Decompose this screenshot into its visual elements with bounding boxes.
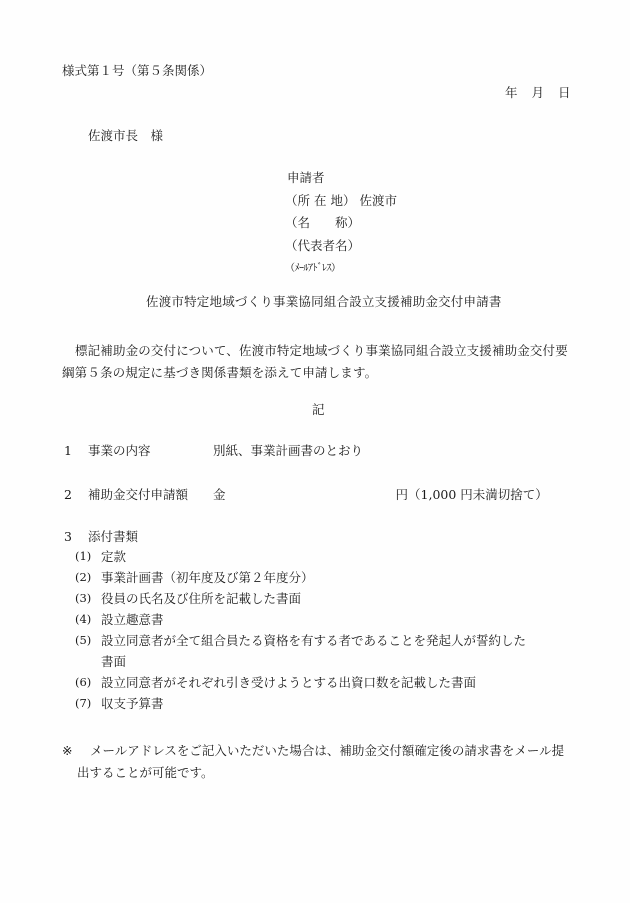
item-number: 1 — [64, 445, 88, 458]
note: ※メールアドレスをご記入いただいた場合は、補助金交付額確定後の請求書をメール提 … — [62, 740, 582, 784]
attachment-list: (1)定款 (2)事業計画書（初年度及び第２年度分） (3)役員の氏名及び住所を… — [75, 551, 526, 719]
item-attachments: 3添付書類 — [64, 531, 138, 544]
date-line: 年月日 — [505, 87, 571, 100]
list-item: (2)事業計画書（初年度及び第２年度分） — [75, 572, 526, 593]
list-item-text: 事業計画書（初年度及び第２年度分） — [101, 572, 314, 593]
applicant-block: 申請者 （所 在 地） 佐渡市 （名 称） （代表者名） （ﾒｰﾙｱﾄﾞﾚｽ） — [285, 172, 397, 285]
list-item: (1)定款 — [75, 551, 526, 572]
list-item-number: (5) — [75, 635, 101, 656]
list-item-number: (2) — [75, 572, 101, 593]
list-item: (6)設立同意者がそれぞれ引き受けようとする出資口数を記載した書面 — [75, 677, 526, 698]
month-label: 月 — [532, 87, 545, 100]
note-line-1: ※メールアドレスをご記入いただいた場合は、補助金交付額確定後の請求書をメール提 — [62, 740, 582, 762]
reference-mark-icon: ※ — [62, 740, 90, 762]
item-number: 3 — [64, 531, 88, 544]
list-item: (5)設立同意者が全て組合員たる資格を有する者であることを発起人が誓約した — [75, 635, 526, 656]
item-number: 2 — [64, 489, 88, 502]
address-label: （所 在 地） — [285, 195, 355, 208]
addressee: 佐渡市長 様 — [88, 130, 163, 143]
note-line-2: 出することが可能です。 — [62, 762, 582, 784]
email-label: （ﾒｰﾙｱﾄﾞﾚｽ） — [285, 264, 341, 274]
item-application-amount: 2補助金交付申請額金円（1,000 円未満切捨て） — [64, 489, 548, 502]
list-item-number: (7) — [75, 698, 101, 719]
list-item: (3)役員の氏名及び住所を記載した書面 — [75, 593, 526, 614]
item-value: 別紙、事業計画書のとおり — [213, 443, 363, 458]
list-item-text: 設立同意者が全て組合員たる資格を有する者であることを発起人が誓約した — [101, 635, 526, 656]
list-item: (7)収支予算書 — [75, 698, 526, 719]
amount-prefix: 金 — [213, 487, 226, 502]
applicant-field-representative: （代表者名） — [285, 240, 397, 263]
item-business-content: 1事業の内容別紙、事業計画書のとおり — [64, 445, 363, 458]
form-number: 様式第１号（第５条関係） — [62, 65, 212, 78]
list-item-number: (3) — [75, 593, 101, 614]
applicant-field-name: （名 称） — [285, 217, 397, 240]
list-item: (4)設立趣意書 — [75, 614, 526, 635]
body-line-2: 綱第５条の規定に基づき関係書類を添えて申請します。 — [62, 362, 582, 384]
representative-label: （代表者名） — [285, 240, 360, 253]
day-label: 日 — [558, 87, 571, 100]
applicant-heading: 申請者 — [285, 172, 397, 195]
address-value: 佐渡市 — [359, 195, 397, 208]
list-item-text: 収支予算書 — [101, 698, 164, 719]
item-label: 添付書類 — [88, 529, 138, 544]
item-label: 事業の内容 — [88, 445, 213, 458]
list-item-number: (6) — [75, 677, 101, 698]
item-label: 補助金交付申請額 — [88, 489, 213, 502]
body-paragraph: 標記補助金の交付について、佐渡市特定地域づくり事業協同組合設立支援補助金交付要 … — [62, 340, 582, 384]
document-title: 佐渡市特定地域づくり事業協同組合設立支援補助金交付申請書 — [146, 296, 502, 309]
list-item-text: 役員の氏名及び住所を記載した書面 — [101, 593, 301, 614]
year-label: 年 — [505, 87, 518, 100]
list-item-number: (4) — [75, 614, 101, 635]
name-label: （名 称） — [285, 217, 360, 230]
list-item-text: 設立趣意書 — [101, 614, 164, 635]
amount-suffix: 円（1,000 円未満切捨て） — [396, 487, 548, 502]
applicant-field-email: （ﾒｰﾙｱﾄﾞﾚｽ） — [285, 262, 397, 285]
note-text-1: メールアドレスをご記入いただいた場合は、補助金交付額確定後の請求書をメール提 — [90, 743, 564, 758]
list-item-continuation: 書面 — [75, 656, 526, 677]
body-line-1: 標記補助金の交付について、佐渡市特定地域づくり事業協同組合設立支援補助金交付要 — [62, 340, 582, 362]
list-item-text: 設立同意者がそれぞれ引き受けようとする出資口数を記載した書面 — [101, 677, 476, 698]
list-item-number: (1) — [75, 551, 101, 572]
list-item-text: 定款 — [101, 551, 126, 572]
ki-heading: 記 — [312, 404, 325, 417]
applicant-field-address: （所 在 地） 佐渡市 — [285, 195, 397, 218]
